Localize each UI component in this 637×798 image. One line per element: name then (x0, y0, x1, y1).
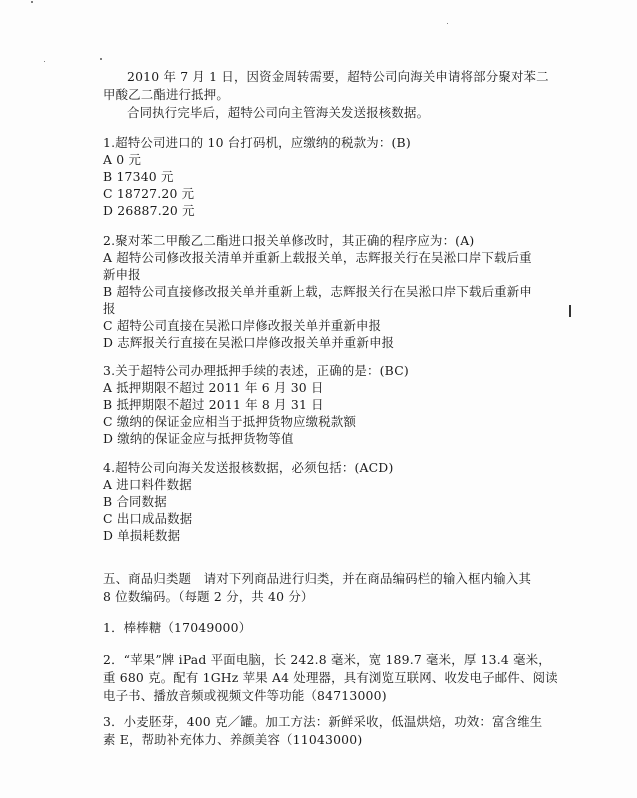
question-3-option-b: B 抵押期限不超过 2011 年 8 月 31 日 (103, 396, 324, 413)
question-4-option-a: A 进口料件数据 (103, 476, 192, 493)
scan-speck (100, 58, 102, 60)
classification-item-2-cont: 电子书、播放音频或视频文件等功能（84713000) (103, 687, 387, 704)
question-2-option-a: A 超特公司修改报关清单并重新上载报关单，志辉报关行在吴淞口岸下载后重 (103, 249, 532, 266)
scanned-page: 2010 年 7 月 1 日，因资金周转需要，超特公司向海关申请将部分聚对苯二 … (0, 0, 637, 798)
question-4-stem: 4.超特公司向海关发送报核数据，必须包括：(ACD) (103, 459, 393, 476)
intro-line-1: 2010 年 7 月 1 日，因资金周转需要，超特公司向海关申请将部分聚对苯二 (127, 68, 549, 85)
scan-speck (447, 23, 448, 24)
question-3-option-a: A 抵押期限不超过 2011 年 6 月 30 日 (103, 379, 324, 396)
question-2-option-a-cont: 新申报 (103, 266, 141, 283)
classification-item-3: 3．小麦胚芽，400 克／罐。加工方法：新鲜采收，低温烘焙，功效：富含维生 (103, 713, 542, 730)
question-3-option-c: C 缴纳的保证金应相当于抵押货物应缴税款额 (103, 413, 356, 430)
question-2-option-b: B 超特公司直接修改报关单并重新上载，志辉报关行在吴淞口岸下载后重新申 (103, 283, 532, 300)
intro-line-2: 甲酸乙二酯进行抵押。 (103, 86, 229, 103)
question-1-stem: 1.超特公司进口的 10 台打码机，应缴纳的税款为：(B) (103, 134, 411, 151)
section-5-heading: 五、商品归类题 请对下列商品进行归类，并在商品编码栏的输入框内输入其 (103, 570, 531, 587)
intro-line-3: 合同执行完毕后，超特公司向主管海关发送报核数据。 (127, 104, 429, 121)
classification-item-2: 2．“苹果”牌 iPad 平面电脑，长 242.8 毫米，宽 189.7 毫米，… (103, 651, 551, 668)
question-4-option-d: D 单损耗数据 (103, 527, 180, 544)
question-1-option-b: B 17340 元 (103, 168, 174, 185)
classification-item-3-cont: 素 E，帮助补充体力、养颜美容（11043000) (103, 731, 362, 748)
question-1-option-c: C 18727.20 元 (103, 185, 194, 202)
question-2-option-c: C 超特公司直接在吴淞口岸修改报关单并重新申报 (103, 317, 381, 334)
question-4-option-b: B 合同数据 (103, 493, 167, 510)
scan-mark (569, 305, 571, 317)
question-2-option-b-cont: 报 (103, 300, 116, 317)
classification-item-1: 1．棒棒糖（17049000） (103, 619, 251, 636)
question-2-option-d: D 志辉报关行直接在吴淞口岸修改报关单并重新申报 (103, 334, 394, 351)
section-5-heading-cont: 8 位数编码。（每题 2 分，共 40 分） (103, 588, 314, 605)
question-4-option-c: C 出口成品数据 (103, 510, 192, 527)
scan-speck (44, 61, 45, 62)
question-1-option-a: A 0 元 (103, 151, 141, 168)
scan-speck (31, 1, 33, 3)
classification-item-2-cont: 重 680 克。配有 1GHz 苹果 A4 处理器，具有浏览互联网、收发电子邮件… (103, 669, 558, 686)
question-2-stem: 2.聚对苯二甲酸乙二酯进口报关单修改时，其正确的程序应为：(A) (103, 232, 474, 249)
question-3-option-d: D 缴纳的保证金应与抵押货物等值 (103, 430, 294, 447)
question-3-stem: 3.关于超特公司办理抵押手续的表述，正确的是：(BC) (103, 362, 409, 379)
question-1-option-d: D 26887.20 元 (103, 202, 195, 219)
